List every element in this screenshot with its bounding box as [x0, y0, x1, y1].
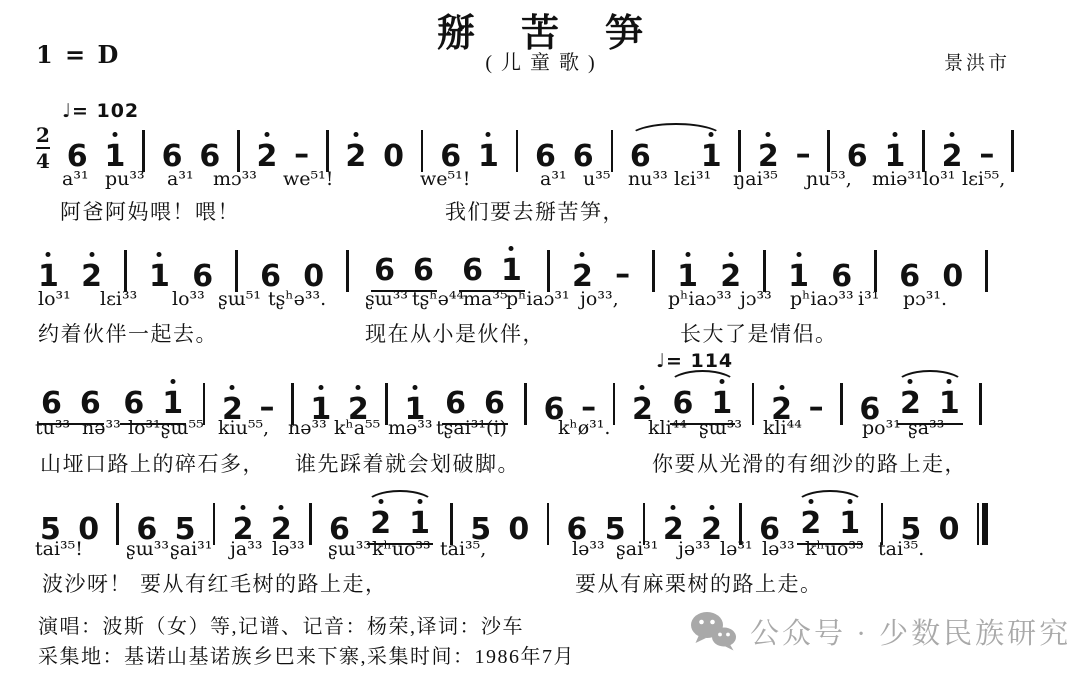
barline: [124, 250, 127, 292]
octave-dot: [671, 505, 676, 510]
note: 0: [383, 142, 404, 172]
barline: [547, 250, 550, 292]
lyric-phrase: 你要从光滑的有细沙的路上走，: [652, 448, 967, 478]
barline: [652, 250, 655, 292]
beam-group: 61: [459, 256, 525, 292]
notation-line-2: 12166066612–121660: [38, 246, 988, 292]
ipa-syllable: lə³³: [762, 538, 795, 560]
ipa-syllable: ʂɯ³³: [699, 417, 742, 439]
credits-performers: 演唱：波斯（女）等,记谱、记音：杨荣,译词：沙车: [38, 612, 575, 642]
octave-dot: [241, 505, 246, 510]
barline: [738, 130, 741, 172]
note: 1: [409, 509, 430, 539]
ipa-syllable: tʂʰə³³.: [268, 288, 326, 310]
octave-dot: [580, 252, 585, 257]
note: 2: [800, 509, 821, 539]
lyric-phrase: 阿爸阿妈喂！喂！: [60, 196, 240, 226]
final-barline: [977, 503, 988, 545]
time-sig-numerator: 2: [36, 125, 50, 145]
notation-line-1: 2461662–206166612–612–: [36, 126, 1014, 172]
duration-dash: –: [809, 393, 824, 423]
barline: [547, 503, 550, 545]
final-barline-thick: [982, 503, 988, 545]
note: 6: [41, 389, 62, 419]
ipa-syllable: lə³³: [272, 538, 305, 560]
octave-dot: [486, 132, 491, 137]
ipa-syllable: ʂa³³: [908, 417, 944, 439]
octave-dot: [779, 385, 784, 390]
ipa-syllable: tai³⁵.: [878, 538, 924, 560]
octave-dot: [847, 499, 852, 504]
barline: [142, 130, 145, 172]
slur: [365, 490, 435, 505]
ipa-syllable: ɲu⁵³,: [806, 168, 852, 190]
lyric-phrase: 山垭口路上的碎石多，: [40, 448, 265, 478]
note: 2: [345, 142, 366, 172]
octave-dot: [892, 132, 897, 137]
note: 1: [478, 142, 499, 172]
octave-dot: [46, 252, 51, 257]
ipa-syllable: tʂʰə⁴⁴: [412, 288, 464, 310]
octave-dot: [950, 132, 955, 137]
ipa-syllable: mɔ³³: [213, 168, 257, 190]
tempo-mark: ♩= 102: [62, 100, 139, 122]
lyric-phrase: 波沙呀！: [42, 568, 132, 598]
barline: [421, 130, 424, 172]
barline: [874, 250, 877, 292]
beam-group: 66: [371, 256, 437, 292]
note: 0: [508, 515, 529, 545]
song-subtitle: (儿童歌): [0, 46, 1080, 75]
octave-dot: [808, 499, 813, 504]
ipa-syllable: ʂai³¹: [616, 538, 658, 560]
note: 2: [256, 142, 277, 172]
ipa-syllable: tu³³: [35, 417, 70, 439]
barline: [326, 130, 329, 172]
ipa-syllable: lɛi⁵⁵,: [962, 168, 1005, 190]
octave-dot: [170, 379, 175, 384]
ipa-syllable: kli⁴⁴: [648, 417, 687, 439]
barline: [752, 383, 755, 425]
barline: [237, 130, 240, 172]
barline: [116, 503, 119, 545]
ipa-syllable: lo³¹: [38, 288, 71, 310]
barline: [524, 383, 527, 425]
barline: [309, 503, 312, 545]
octave-dot: [640, 385, 645, 390]
ipa-syllable: lɛi³³: [100, 288, 137, 310]
ipa-syllable: ʂɯ³³: [365, 288, 408, 310]
slur: [795, 490, 865, 505]
lyric-phrase: 约着伙伴一起去。: [38, 318, 218, 348]
watermark-text: 公众号 · 少数民族研究: [750, 611, 1071, 652]
octave-dot: [157, 252, 162, 257]
note: 2: [370, 509, 391, 539]
ipa-syllable: kʰa⁵⁵: [334, 417, 380, 439]
note: 6: [123, 389, 144, 419]
ipa-syllable: lə³¹: [720, 538, 753, 560]
note: 1: [711, 389, 732, 419]
ipa-syllable: kʰuo³³: [805, 538, 864, 560]
octave-dot: [947, 379, 952, 384]
octave-dot: [417, 499, 422, 504]
octave-dot: [264, 132, 269, 137]
ipa-syllable: u³⁵: [583, 168, 610, 190]
barline: [827, 130, 830, 172]
ipa-syllable: pʰiaɔ³³: [668, 288, 732, 310]
ipa-syllable: miə³¹lo³¹: [872, 168, 955, 190]
barline: [922, 130, 925, 172]
note: 6: [413, 256, 434, 286]
ipa-syllable: kiu⁵⁵,: [218, 417, 269, 439]
ipa-syllable: po³¹: [862, 417, 901, 439]
octave-dot: [685, 252, 690, 257]
barline: [979, 383, 982, 425]
final-barline-thin: [977, 503, 980, 545]
ipa-syllable: tai³⁵!: [35, 538, 83, 560]
ipa-syllable: ʂɯ⁵¹: [218, 288, 261, 310]
barline: [763, 250, 766, 292]
octave-dot: [728, 252, 733, 257]
note: 6: [462, 256, 483, 286]
note: 1: [162, 389, 183, 419]
duration-dash: –: [615, 260, 630, 290]
octave-dot: [709, 505, 714, 510]
octave-dot: [709, 132, 714, 137]
octave-dot: [356, 385, 361, 390]
wechat-icon: [690, 610, 738, 652]
octave-dot: [796, 252, 801, 257]
note: 2: [900, 389, 921, 419]
ipa-syllable: kli⁴⁴: [763, 417, 802, 439]
ipa-syllable: tʂai³¹(i): [436, 417, 507, 439]
note: 6: [80, 389, 101, 419]
barline: [613, 383, 616, 425]
lyric-phrase: 我们要去掰苦笋，: [445, 196, 625, 226]
credits-collection: 采集地：基诺山基诺族乡巴来下寨,采集时间：1986年7月: [38, 642, 575, 672]
ipa-syllable: jɔ³³: [740, 288, 772, 310]
octave-dot: [353, 132, 358, 137]
ipa-syllable: lɛi³¹: [674, 168, 711, 190]
octave-dot: [719, 379, 724, 384]
barline: [213, 503, 216, 545]
note: 1: [839, 509, 860, 539]
slur: [668, 370, 738, 385]
lyric-phrase: 要从有红毛树的路上走，: [140, 568, 388, 598]
slur: [895, 370, 965, 385]
ipa-syllable: lo³¹ʂɯ⁵⁵: [128, 417, 204, 439]
sheet-music-page: 1 = D 掰苦笋 (儿童歌) 景洪市 演唱：波斯（女）等,记谱、记音：杨荣,译…: [0, 0, 1080, 678]
note: 1: [939, 389, 960, 419]
ipa-syllable: we⁵¹!: [283, 168, 333, 190]
duration-dash: –: [294, 140, 309, 170]
ipa-syllable: mə³³: [388, 417, 433, 439]
note: 0: [939, 515, 960, 545]
ipa-syllable: ʂɯ³³: [126, 538, 169, 560]
ipa-syllable: kʰuo³³: [372, 538, 431, 560]
ipa-syllable: ŋai³⁵: [733, 168, 778, 190]
barline: [985, 250, 988, 292]
time-signature: 24: [36, 125, 50, 171]
lyric-phrase: 谁先踩着就会划破脚。: [295, 448, 520, 478]
lyric-phrase: 长大了是情侣。: [680, 318, 838, 348]
barline: [346, 250, 349, 292]
time-sig-denominator: 4: [36, 147, 50, 171]
barline: [611, 130, 614, 172]
note: 6: [673, 389, 694, 419]
ipa-syllable: nə³³: [288, 417, 327, 439]
octave-dot: [112, 132, 117, 137]
octave-dot: [230, 385, 235, 390]
lyric-phrase: 要从有麻栗树的路上走。: [575, 568, 823, 598]
ipa-syllable: ma³⁵: [463, 288, 508, 310]
barline: [235, 250, 238, 292]
region-label: 景洪市: [944, 48, 1010, 75]
ipa-syllable: ʂɯ³³: [328, 538, 371, 560]
ipa-syllable: i³¹: [858, 288, 879, 310]
ipa-syllable: tai³⁵,: [440, 538, 486, 560]
ipa-syllable: pu³³: [105, 168, 145, 190]
note: 6: [445, 389, 466, 419]
ipa-syllable: jə³³: [678, 538, 710, 560]
ipa-syllable: pʰiaɔ³³: [790, 288, 854, 310]
ipa-syllable: a³¹: [62, 168, 89, 190]
note: 2: [81, 262, 102, 292]
octave-dot: [279, 505, 284, 510]
ipa-syllable: lo³³: [172, 288, 205, 310]
barline: [1011, 130, 1014, 172]
ipa-syllable: lə³³: [572, 538, 605, 560]
watermark: 公众号 · 少数民族研究: [690, 610, 1071, 652]
note: 6: [484, 389, 505, 419]
octave-dot: [509, 246, 514, 251]
ipa-syllable: a³¹: [167, 168, 194, 190]
octave-dot: [412, 385, 417, 390]
ipa-syllable: nu³³: [628, 168, 668, 190]
ipa-syllable: kʰø³¹.: [558, 417, 610, 439]
barline: [516, 130, 519, 172]
tempo-mark: ♩= 114: [656, 350, 733, 372]
ipa-syllable: nə³³: [82, 417, 121, 439]
octave-dot: [908, 379, 913, 384]
octave-dot: [378, 499, 383, 504]
note: 1: [149, 262, 170, 292]
note: 6: [374, 256, 395, 286]
ipa-syllable: pɔ³¹.: [903, 288, 947, 310]
ipa-syllable: ʂai³¹: [170, 538, 212, 560]
ipa-syllable: ja³³: [230, 538, 262, 560]
duration-dash: –: [796, 140, 811, 170]
barline: [840, 383, 843, 425]
octave-dot: [318, 385, 323, 390]
lyric-phrase: 现在从小是伙伴，: [365, 318, 545, 348]
octave-dot: [89, 252, 94, 257]
duration-dash: –: [979, 140, 994, 170]
ipa-syllable: pʰiaɔ³¹: [506, 288, 570, 310]
ipa-syllable: we⁵¹!: [420, 168, 470, 190]
ipa-syllable: a³¹: [540, 168, 567, 190]
ipa-syllable: jo³³,: [580, 288, 619, 310]
octave-dot: [766, 132, 771, 137]
credits-block: 演唱：波斯（女）等,记谱、记音：杨荣,译词：沙车 采集地：基诺山基诺族乡巴来下寨…: [38, 612, 575, 672]
note: 1: [501, 256, 522, 286]
